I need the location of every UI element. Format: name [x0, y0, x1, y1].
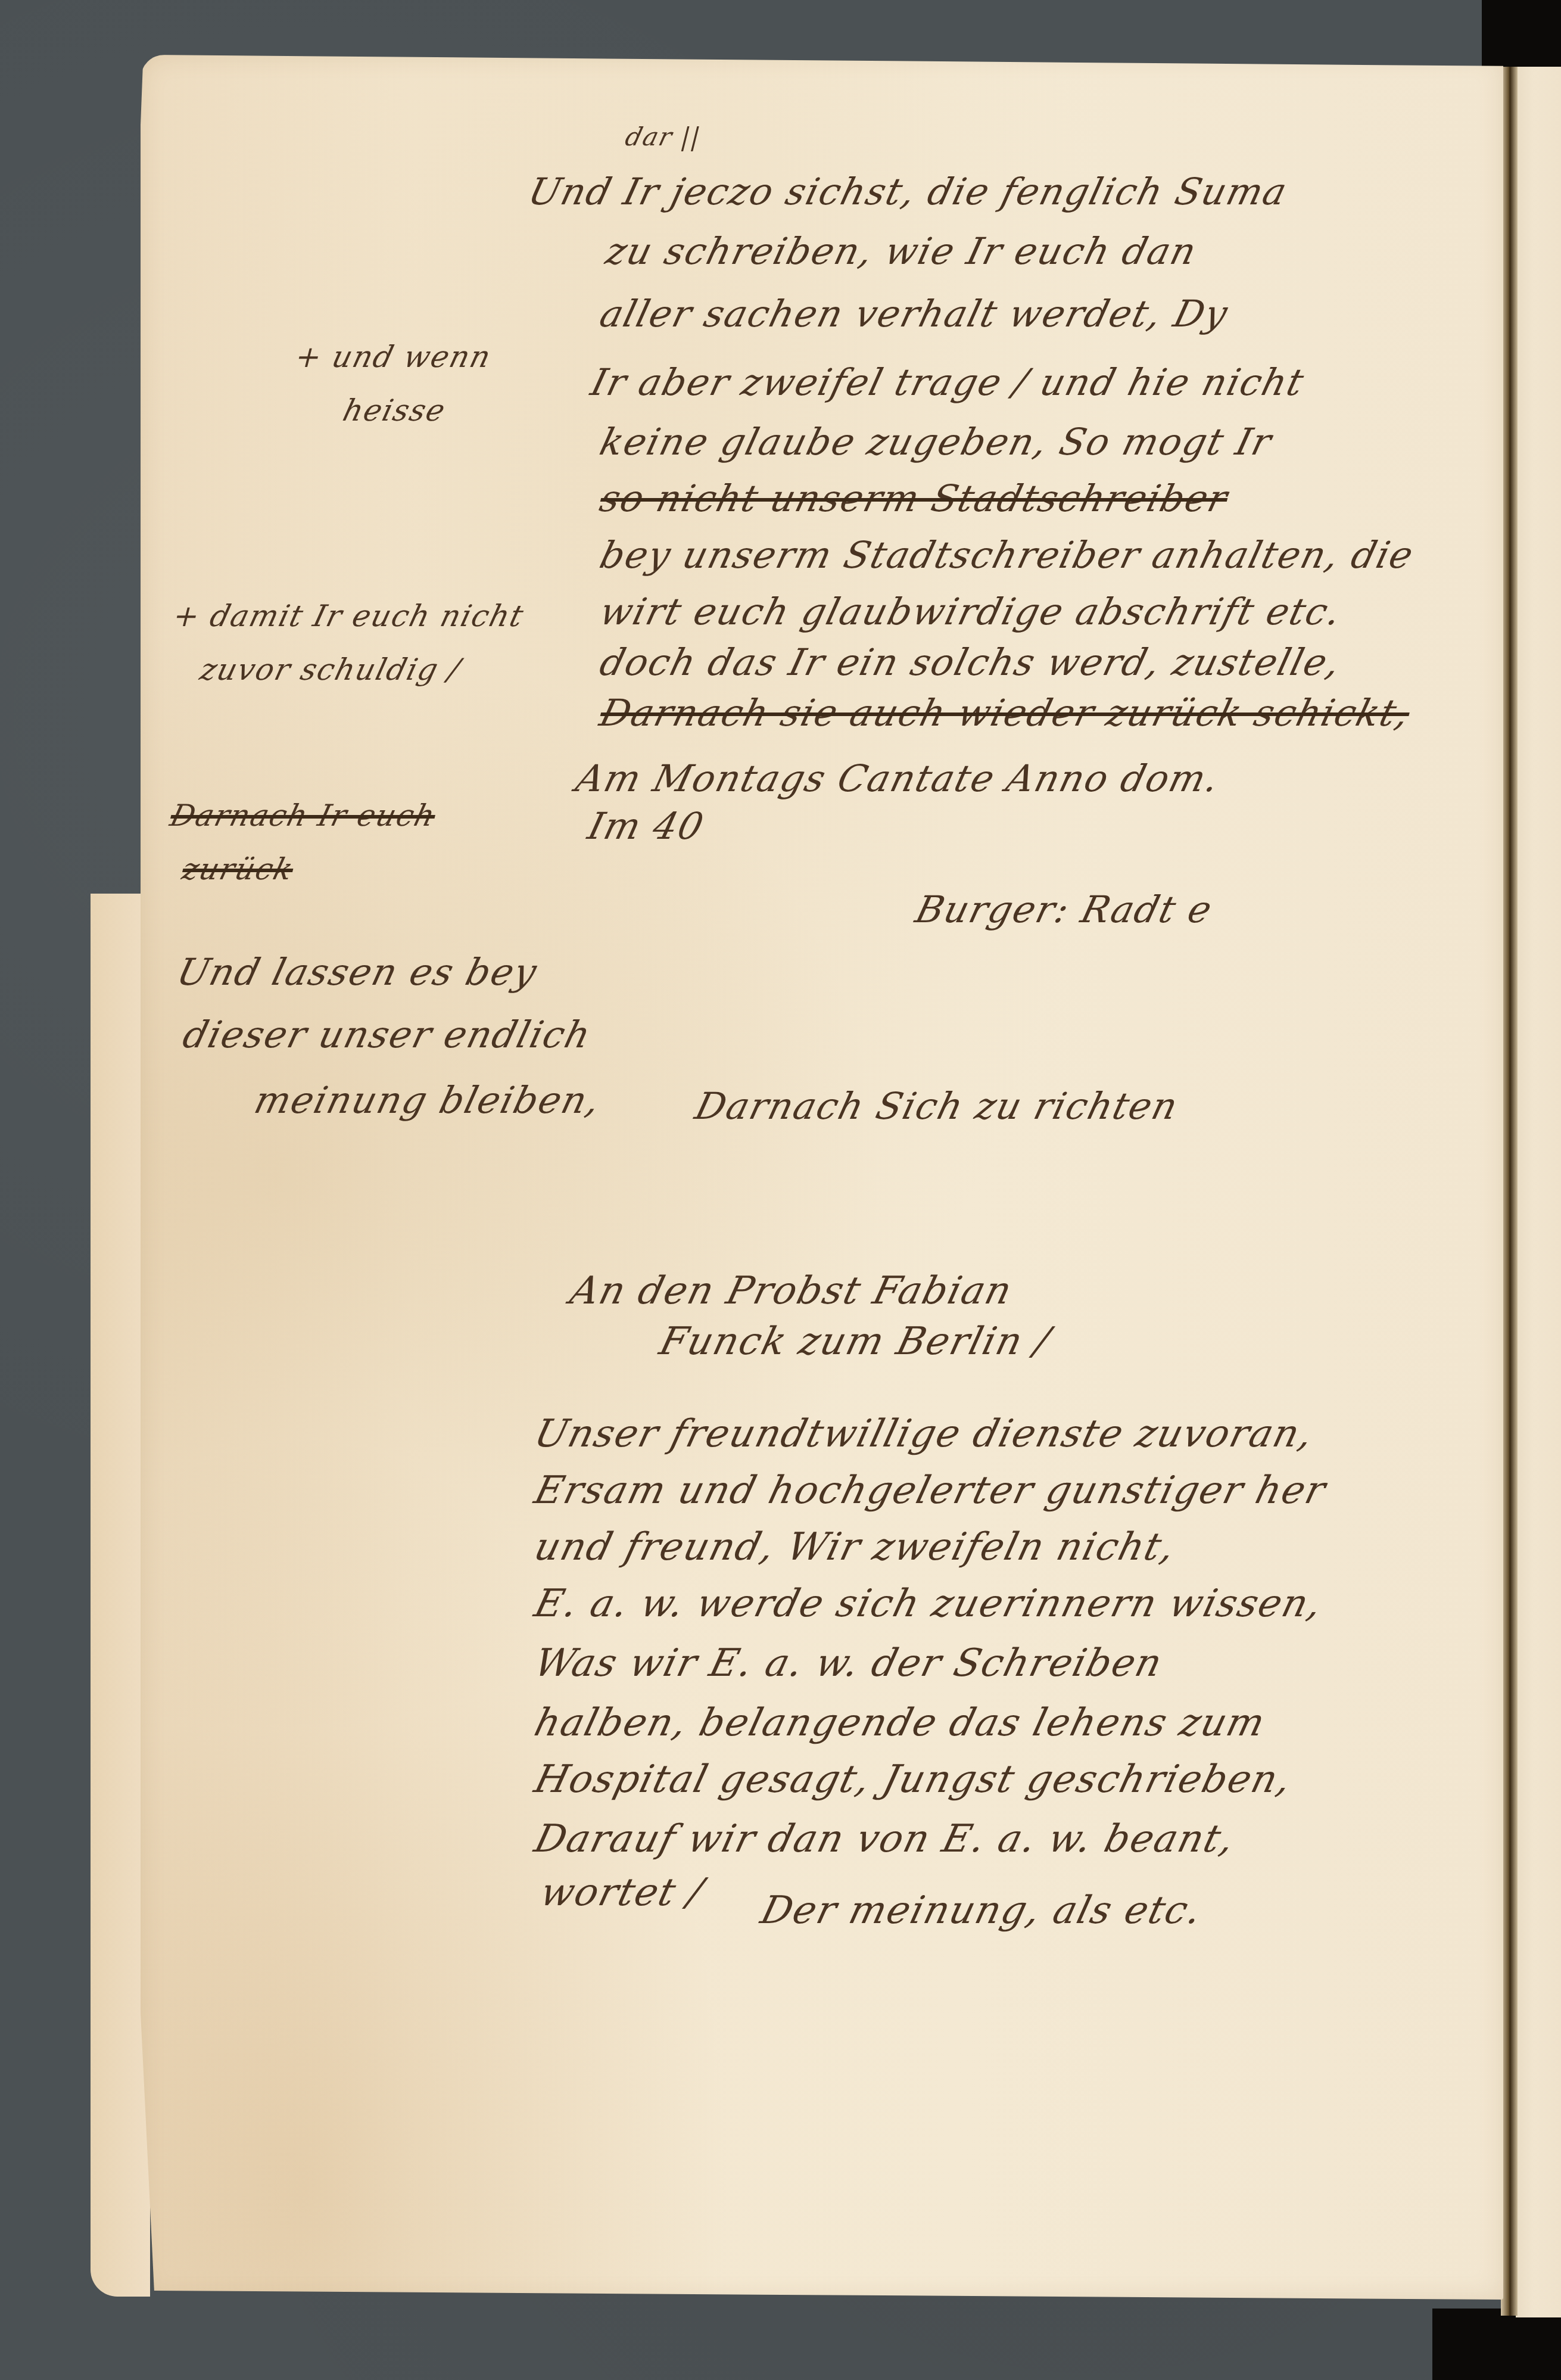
text-line: Ir aber zweifel trage / und hie nicht [587, 360, 1309, 404]
struck-text-line: so nicht unserm Stadtschreiber [596, 477, 1233, 520]
letter-line: halben, belangende das lehens zum [530, 1701, 1270, 1745]
letter-line: und freund, Wir zweifeln nicht, [530, 1525, 1180, 1569]
letter-address: An den Probst Fabian [566, 1269, 1017, 1313]
text-line: wirt euch glaubwirdige abschrift etc. [596, 590, 1347, 633]
text-line: bey unserm Stadtschreiber anhalten, die [596, 533, 1419, 577]
letter-line: Was wir E. a. w. der Schreiben [530, 1641, 1167, 1685]
letter-line: Ersam und hochgelerter gunstiger her [530, 1469, 1331, 1513]
margin-note: + damit Ir euch nicht [170, 599, 528, 633]
text-line: doch das Ir ein solchs werd, zustelle, [596, 640, 1345, 684]
book-gutter [1501, 67, 1518, 2316]
letter-line: Der meinung, als etc. [756, 1889, 1207, 1933]
book-cover-bottom [1432, 2309, 1561, 2380]
margin-note: heisse [339, 393, 450, 428]
struck-margin-note: zurück [179, 852, 297, 886]
book-cover-top [1482, 0, 1561, 69]
superscript-insertion: dar || [622, 122, 705, 151]
margin-note: + und wenn [292, 340, 495, 374]
text-line: zu schreiben, wie Ir euch dan [602, 229, 1202, 273]
letter-line: wortet / [536, 1871, 709, 1915]
letter-address: Funck zum Berlin / [655, 1320, 1055, 1364]
letter-line: E. a. w. werde sich zuerinnern wissen, [530, 1582, 1327, 1626]
adjacent-page-edge [1516, 67, 1561, 2317]
addendum-line: meinung bleiben, [250, 1078, 606, 1122]
struck-text-line: Darnach sie auch wieder zurück schickt, [596, 691, 1415, 735]
date-line: Am Montags Cantate Anno dom. [572, 757, 1225, 800]
addendum-line: Und lassen es bey [173, 950, 542, 994]
text-line: aller sachen verhalt werdet, Dy [596, 292, 1233, 335]
text-line: Und Ir jeczo sichst, die fenglich Suma [524, 170, 1292, 213]
year-line: Im 40 [584, 804, 709, 848]
letter-line: Darauf wir dan von E. a. w. beant, [530, 1817, 1239, 1861]
letter-line: Hospital gesagt, Jungst geschrieben, [530, 1757, 1297, 1802]
addendum-line: Darnach Sich zu richten [691, 1084, 1183, 1128]
struck-margin-note: Darnach Ir euch [167, 798, 440, 833]
letter-line: Unser freundtwillige dienste zuvoran, [530, 1412, 1319, 1456]
margin-note: zuvor schuldig / [197, 652, 465, 687]
text-line: keine glaube zugeben, So mogt Ir [596, 420, 1277, 463]
signature: Burger: Radt e [911, 888, 1217, 931]
addendum-line: dieser unser endlich [179, 1013, 596, 1056]
